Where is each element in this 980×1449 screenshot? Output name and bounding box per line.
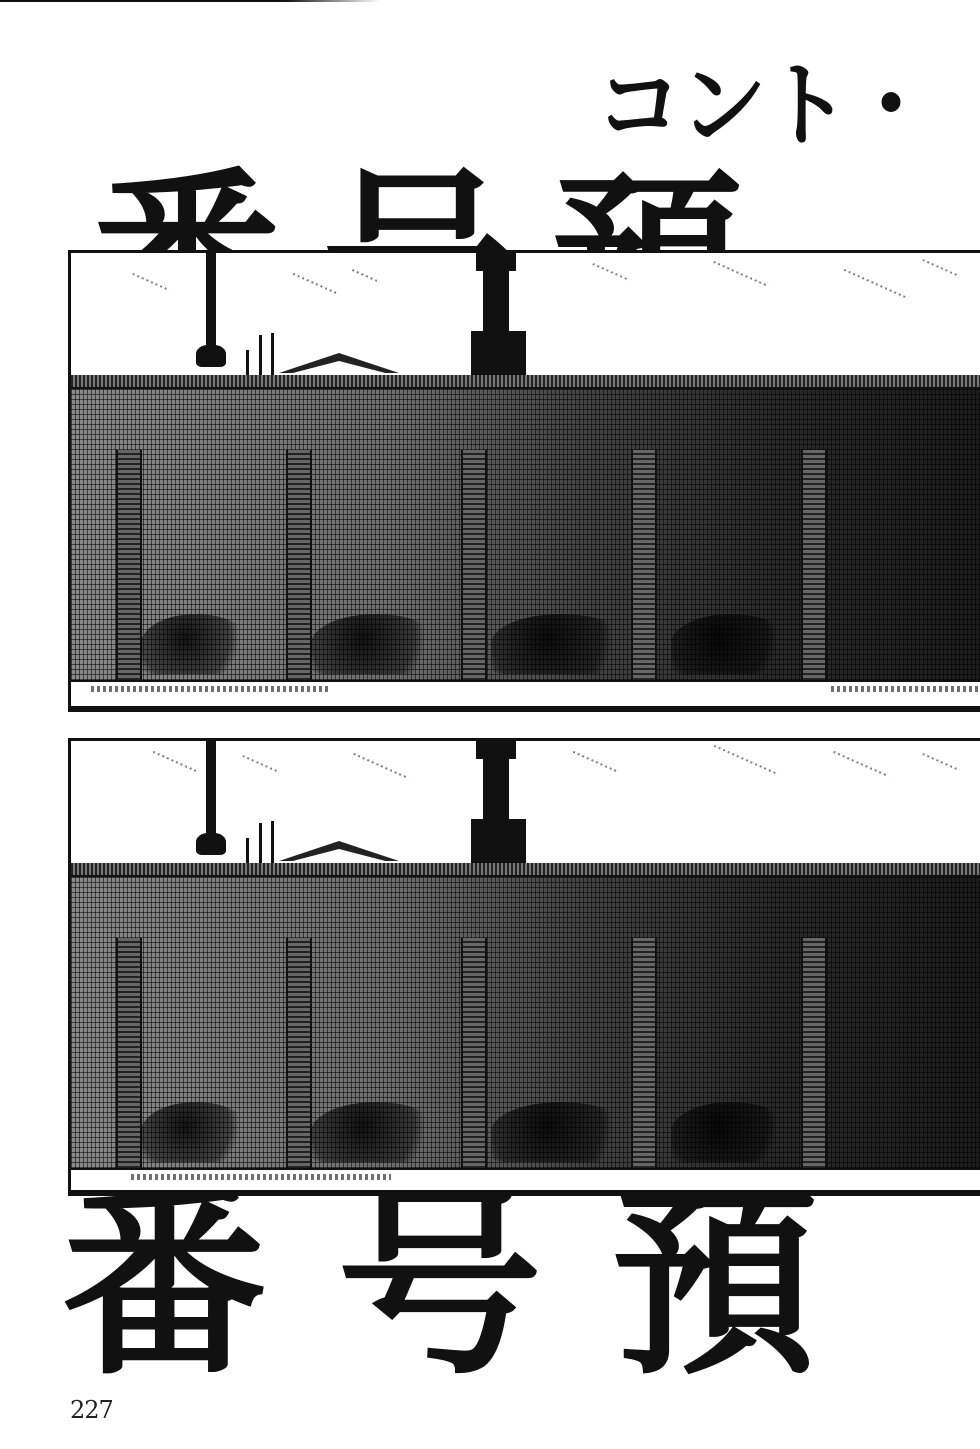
comic-panel-1 [68, 250, 980, 712]
pavement [71, 680, 980, 702]
page-top-edge [0, 0, 380, 2]
roof-ridge-inner [285, 361, 393, 375]
sky-hatching [592, 263, 629, 281]
antenna [271, 333, 274, 375]
sky-hatching [833, 751, 889, 777]
roof-ridge-inner [285, 849, 393, 863]
kana-title: コント・ [595, 60, 931, 152]
shrub [671, 1102, 791, 1162]
sky-hatching [153, 751, 199, 773]
sky-hatching [242, 755, 279, 773]
statue-body [483, 271, 509, 331]
sky-hatching [844, 269, 909, 299]
big-title-bottom-text: 番号預 [62, 1192, 887, 1382]
statue-base [471, 819, 526, 863]
pavement [71, 1168, 980, 1190]
statue-body [483, 759, 509, 819]
sky-hatching [293, 273, 339, 295]
sky-hatching [352, 269, 380, 283]
big-title-top-cropped: 番号預 [92, 160, 952, 250]
wall-pillar [801, 450, 827, 680]
sky-hatching [922, 753, 959, 771]
antenna [271, 821, 274, 863]
sky-hatching [573, 751, 619, 773]
antenna [259, 823, 262, 863]
antenna [259, 335, 262, 375]
ground-shading [91, 686, 331, 692]
page-number: 227 [70, 1396, 113, 1424]
wall-pillar [631, 450, 657, 680]
wall-cap [71, 863, 980, 877]
sky-hatching [713, 261, 769, 287]
brick-wall [71, 375, 980, 680]
statue-top [476, 253, 516, 271]
lamp-post [206, 253, 216, 348]
big-title-bottom: 番号預 [62, 1192, 962, 1382]
shrub [311, 614, 441, 674]
ground-shading [831, 686, 980, 692]
wall-pillar [461, 450, 487, 680]
sky-hatching [922, 259, 959, 277]
wall-pillar [116, 938, 142, 1168]
wall-pillar [461, 938, 487, 1168]
big-title-top-text: 番号預 [92, 168, 782, 250]
statue-top [476, 741, 516, 759]
wall-pillar [286, 938, 312, 1168]
sky-hatching [714, 745, 779, 775]
shrub [141, 1102, 251, 1162]
sky-hatching [353, 753, 409, 779]
ground-shading [131, 1174, 391, 1180]
antenna [246, 350, 249, 375]
wall-pillar [801, 938, 827, 1168]
shrub [491, 1102, 631, 1162]
shrub [311, 1102, 441, 1162]
lamp-base [196, 345, 226, 367]
wall-pillar [116, 450, 142, 680]
shrub [671, 614, 791, 674]
statue-base [471, 331, 526, 375]
antenna [246, 838, 249, 863]
panel-bottom-line [71, 706, 980, 709]
sky [71, 741, 980, 863]
shrub [141, 614, 251, 674]
wall-cap [71, 375, 980, 389]
lamp-base [196, 833, 226, 855]
sky [71, 253, 980, 375]
wall-pillar [286, 450, 312, 680]
wall-pillar [631, 938, 657, 1168]
comic-panel-2 [68, 738, 980, 1196]
brick-wall [71, 863, 980, 1168]
shrub [491, 614, 631, 674]
sky-hatching [132, 273, 169, 291]
lamp-post [206, 741, 216, 836]
